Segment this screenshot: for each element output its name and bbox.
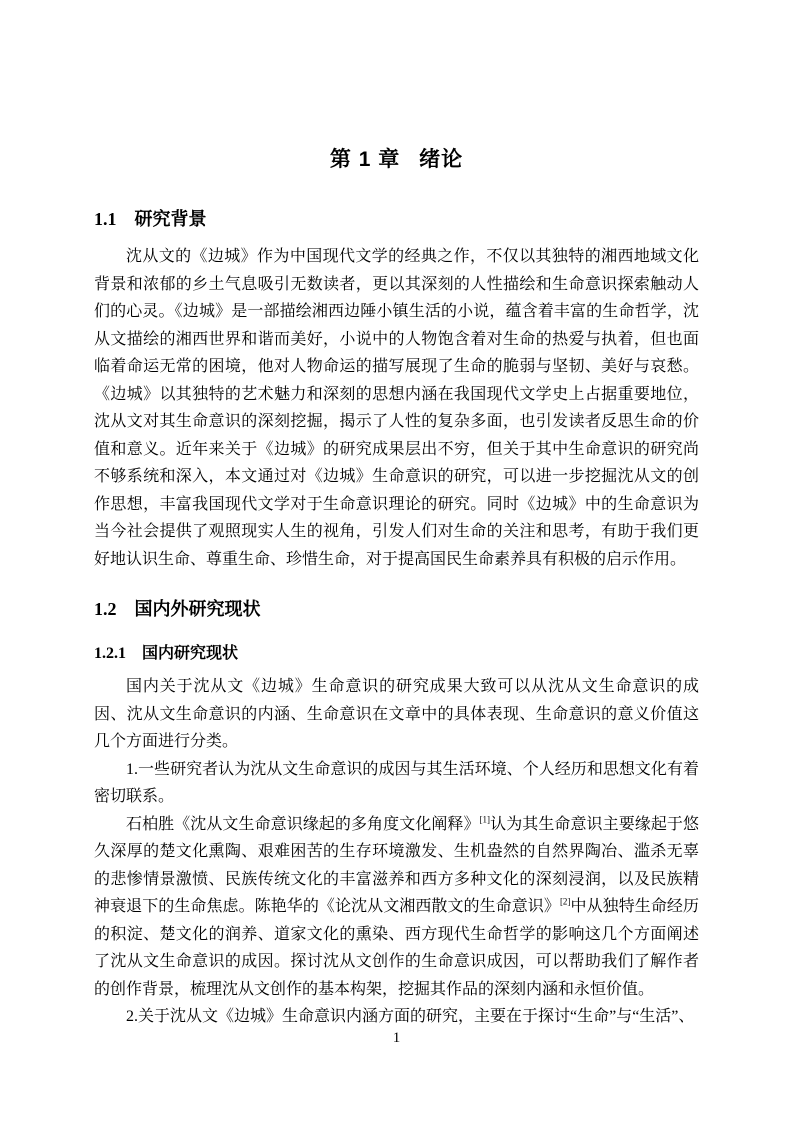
section-1-2-1-number: 1.2.1	[94, 645, 126, 662]
citation-ref-1: [1]	[480, 814, 491, 824]
section-1-1-title: 研究背景	[135, 209, 207, 229]
section-1-2-title: 国内外研究现状	[135, 599, 261, 619]
chapter-number: 第 1 章	[330, 148, 400, 171]
chapter-title-text: 绪论	[419, 148, 463, 171]
page-number: 1	[0, 1028, 793, 1048]
paragraph-domestic-overview: 国内关于沈从文《边城》生命意识的研究成果大致可以从沈从文生命意识的成因、沈从文生…	[94, 673, 699, 756]
section-heading-1-1: 1.1研究背景	[94, 207, 699, 231]
paragraph-point-1: 1.一些研究者认为沈从文生命意识的成因与其生活环境、个人经历和思想文化有着密切联…	[94, 756, 699, 811]
subsection-heading-1-2-1: 1.2.1国内研究现状	[94, 643, 699, 665]
paragraph-point-2: 2.关于沈从文《边城》生命意识内涵方面的研究，主要在于探讨“生命”与“生活”、	[94, 1003, 699, 1031]
paragraph-research-background: 沈从文的《边城》作为中国现代文学的经典之作，不仅以其独特的湘西地域文化背景和浓郁…	[94, 243, 699, 573]
section-1-2-1-title: 国内研究现状	[142, 645, 238, 662]
paragraph-segment: 石柏胜《沈从文生命意识缘起的多角度文化阐释》	[126, 816, 480, 833]
paragraph-causes-studies: 石柏胜《沈从文生命意识缘起的多角度文化阐释》[1]认为其生命意识主要缘起于悠久深…	[94, 811, 699, 1004]
document-page: 第 1 章绪论 1.1研究背景 沈从文的《边城》作为中国现代文学的经典之作，不仅…	[0, 0, 793, 1122]
section-1-1-number: 1.1	[94, 209, 117, 229]
chapter-title: 第 1 章绪论	[94, 147, 699, 173]
section-1-2-number: 1.2	[94, 599, 117, 619]
citation-ref-2: [2]	[560, 897, 571, 907]
section-heading-1-2: 1.2国内外研究现状	[94, 597, 699, 621]
